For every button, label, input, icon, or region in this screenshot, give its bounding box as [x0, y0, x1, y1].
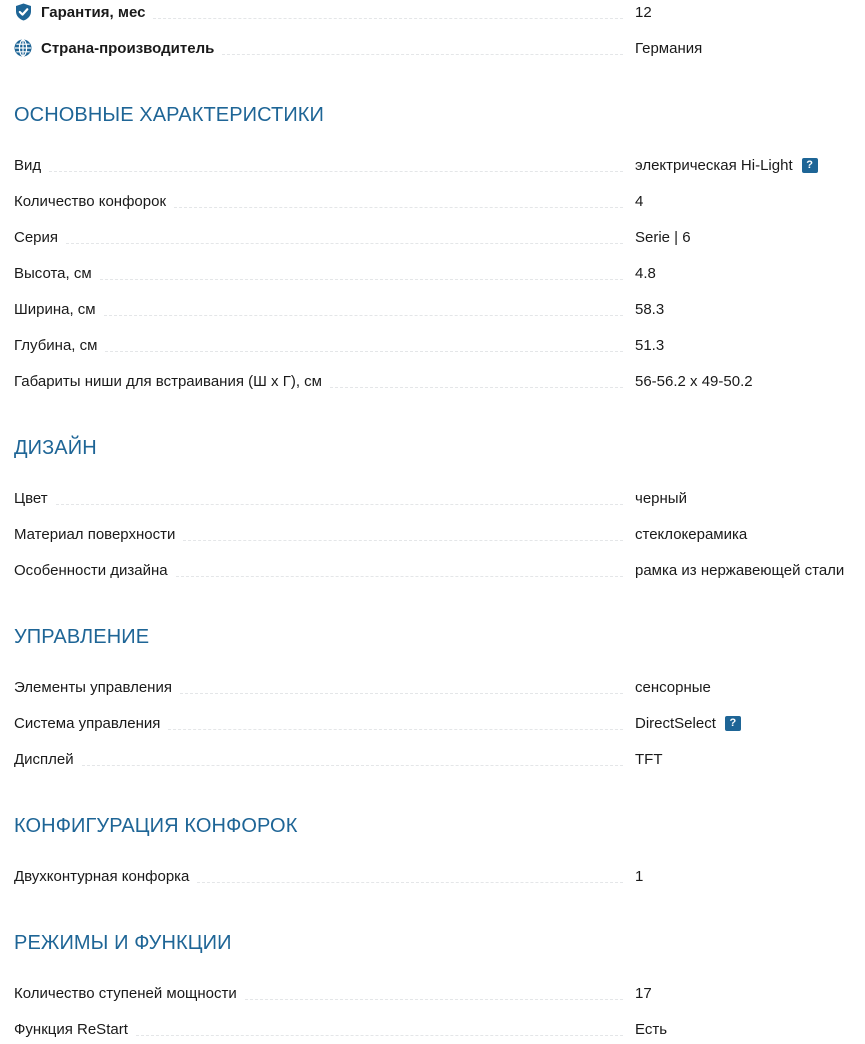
leader-line — [180, 693, 623, 694]
spec-value: 51.3 — [635, 327, 664, 363]
spec-label: Особенности дизайна — [14, 562, 176, 579]
spec-value: Serie | 6 — [635, 219, 691, 255]
leader-line — [330, 387, 623, 388]
leader-line — [49, 171, 623, 172]
leader-line — [56, 504, 623, 505]
spec-row: Вид электрическая Hi-Light? — [0, 147, 865, 183]
spec-value: стеклокерамика — [635, 516, 747, 552]
leader-line — [153, 18, 623, 19]
spec-label: Гарантия, мес — [41, 4, 153, 21]
spec-row: Серия Serie | 6 — [0, 219, 865, 255]
help-icon[interactable]: ? — [802, 158, 818, 173]
spec-row: Дисплей TFT — [0, 741, 865, 777]
spec-row: Глубина, см 51.3 — [0, 327, 865, 363]
spec-row-country: Страна-производитель Германия — [0, 30, 865, 66]
spec-value: DirectSelect? — [635, 705, 741, 741]
leader-line — [183, 540, 623, 541]
shield-check-icon — [14, 3, 32, 21]
leader-line — [82, 765, 623, 766]
leader-line — [105, 351, 623, 352]
section-title-modes: РЕЖИМЫ И ФУНКЦИИ — [0, 928, 232, 958]
spec-value: Есть — [635, 1011, 667, 1044]
spec-row: Двухконтурная конфорка 1 — [0, 858, 865, 894]
spec-value: 58.3 — [635, 291, 664, 327]
spec-value: 4.8 — [635, 255, 656, 291]
spec-value: TFT — [635, 741, 663, 777]
spec-row: Материал поверхности стеклокерамика — [0, 516, 865, 552]
spec-label: Вид — [14, 157, 49, 174]
spec-label: Количество конфорок — [14, 193, 174, 210]
spec-row: Количество ступеней мощности 17 — [0, 975, 865, 1011]
leader-line — [104, 315, 623, 316]
spec-label: Система управления — [14, 715, 168, 732]
section-title-design: ДИЗАЙН — [0, 433, 97, 463]
spec-value: черный — [635, 480, 687, 516]
section-title-main: ОСНОВНЫЕ ХАРАКТЕРИСТИКИ — [0, 100, 324, 130]
spec-label: Элементы управления — [14, 679, 180, 696]
section-title-control: УПРАВЛЕНИЕ — [0, 622, 149, 652]
spec-row: Цвет черный — [0, 480, 865, 516]
spec-row: Функция ReStart Есть — [0, 1011, 865, 1044]
spec-row: Габариты ниши для встраивания (Ш x Г), с… — [0, 363, 865, 399]
leader-line — [245, 999, 623, 1000]
spec-label: Габариты ниши для встраивания (Ш x Г), с… — [14, 373, 330, 390]
spec-label: Функция ReStart — [14, 1021, 136, 1038]
spec-label: Страна-производитель — [41, 40, 222, 57]
globe-icon — [14, 39, 32, 57]
spec-label: Ширина, см — [14, 301, 104, 318]
spec-row: Система управления DirectSelect? — [0, 705, 865, 741]
leader-line — [176, 576, 623, 577]
spec-value: сенсорные — [635, 669, 711, 705]
spec-value: 4 — [635, 183, 643, 219]
spec-row: Элементы управления сенсорные — [0, 669, 865, 705]
spec-row: Высота, см 4.8 — [0, 255, 865, 291]
spec-label: Серия — [14, 229, 66, 246]
spec-row-warranty: Гарантия, мес 12 — [0, 0, 865, 30]
spec-label: Двухконтурная конфорка — [14, 868, 197, 885]
leader-line — [222, 54, 623, 55]
leader-line — [168, 729, 623, 730]
leader-line — [197, 882, 623, 883]
spec-value-text: DirectSelect — [635, 715, 716, 732]
spec-row: Особенности дизайна рамка из нержавеющей… — [0, 552, 865, 588]
spec-value: 56-56.2 x 49-50.2 — [635, 363, 753, 399]
spec-label: Цвет — [14, 490, 56, 507]
spec-row: Ширина, см 58.3 — [0, 291, 865, 327]
help-icon[interactable]: ? — [725, 716, 741, 731]
spec-label: Материал поверхности — [14, 526, 183, 543]
spec-value: 17 — [635, 975, 652, 1011]
spec-value: Германия — [635, 30, 702, 66]
spec-value: рамка из нержавеющей стали — [635, 552, 844, 588]
section-title-burners: КОНФИГУРАЦИЯ КОНФОРОК — [0, 811, 297, 841]
leader-line — [100, 279, 623, 280]
leader-line — [136, 1035, 623, 1036]
spec-value: 1 — [635, 858, 643, 894]
leader-line — [66, 243, 623, 244]
spec-label: Глубина, см — [14, 337, 105, 354]
spec-value-text: электрическая Hi-Light — [635, 157, 793, 174]
spec-value: электрическая Hi-Light? — [635, 147, 818, 183]
spec-row: Количество конфорок 4 — [0, 183, 865, 219]
spec-label: Высота, см — [14, 265, 100, 282]
leader-line — [174, 207, 623, 208]
spec-value: 12 — [635, 0, 652, 30]
spec-label: Количество ступеней мощности — [14, 985, 245, 1002]
spec-label: Дисплей — [14, 751, 82, 768]
